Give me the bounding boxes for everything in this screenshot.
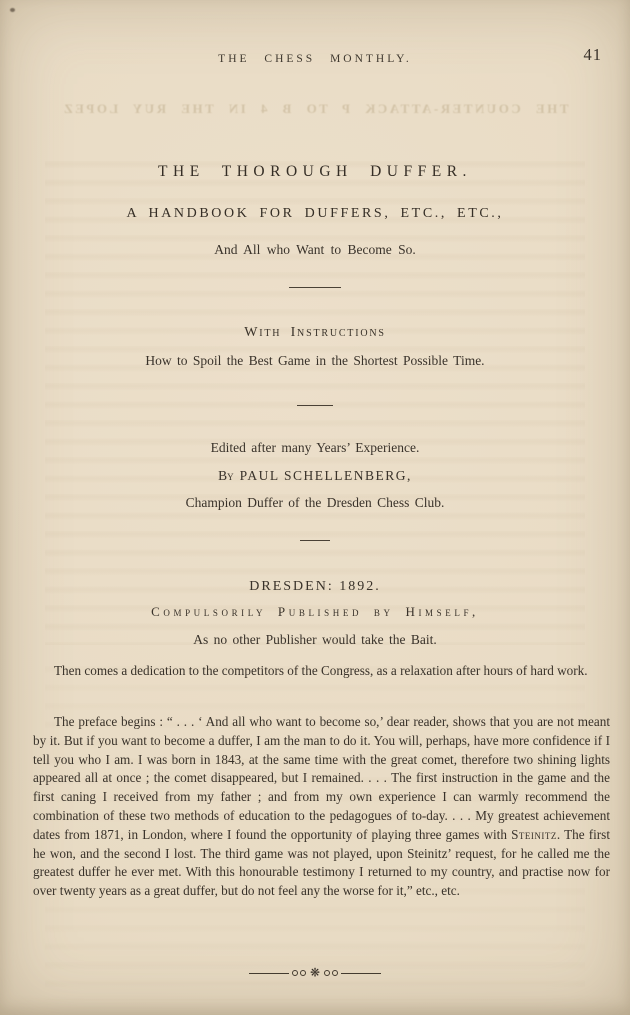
- instructions-line: How to Spoil the Best Game in the Shorte…: [0, 353, 630, 369]
- bleedthrough-headline: THE COUNTER-ATTACK P TO B 4 IN THE RUY L…: [20, 101, 610, 117]
- imprint-bait: As no other Publisher would take the Bai…: [0, 632, 630, 648]
- bottom-ornament: ❋: [0, 966, 630, 980]
- page-number: 41: [584, 45, 603, 65]
- section-divider: [297, 405, 333, 406]
- ornament-center-icon: ❋: [310, 967, 320, 979]
- instructions-heading: With Instructions: [0, 325, 630, 341]
- by-prefix: By: [218, 468, 234, 483]
- book-title: THE THOROUGH DUFFER.: [0, 163, 630, 181]
- preface-paragraph: The preface begins : “ . . . ‘ And all w…: [33, 713, 610, 901]
- ornament-line-right: [341, 973, 381, 974]
- imprint-publisher: Compulsorily Published by Himself,: [0, 604, 630, 620]
- section-divider: [289, 287, 341, 288]
- author-credential: Champion Duffer of the Dresden Chess Clu…: [0, 495, 630, 511]
- ornament-dot: [324, 970, 330, 976]
- ornament-dot: [332, 970, 338, 976]
- ornament-dot: [292, 970, 298, 976]
- running-head: THE CHESS MONTHLY.: [0, 53, 630, 65]
- author-name: PAUL SCHELLENBERG,: [240, 468, 412, 483]
- section-divider: [300, 540, 330, 541]
- journal-title: THE CHESS MONTHLY.: [218, 53, 412, 65]
- ornament-line-left: [249, 973, 289, 974]
- scanned-page: THE CHESS MONTHLY. 41 THE COUNTER-ATTACK…: [0, 0, 630, 1015]
- book-subtitle: A HANDBOOK FOR DUFFERS, ETC., ETC.,: [0, 206, 630, 222]
- edited-line: Edited after many Years’ Experience.: [0, 440, 630, 456]
- imprint-city-year: DRESDEN: 1892.: [0, 579, 630, 595]
- ink-speck: [10, 8, 15, 12]
- preface-part1: The preface begins : “ . . . ‘ And all w…: [33, 714, 610, 842]
- ornament-dot: [300, 970, 306, 976]
- byline: ByPAUL SCHELLENBERG,: [0, 468, 630, 484]
- dedication-paragraph: Then comes a dedication to the competito…: [33, 662, 610, 681]
- bleedthrough-texture: [45, 150, 585, 645]
- steinitz-name: Steinitz: [511, 827, 557, 842]
- book-tagline: And All who Want to Become So.: [0, 242, 630, 258]
